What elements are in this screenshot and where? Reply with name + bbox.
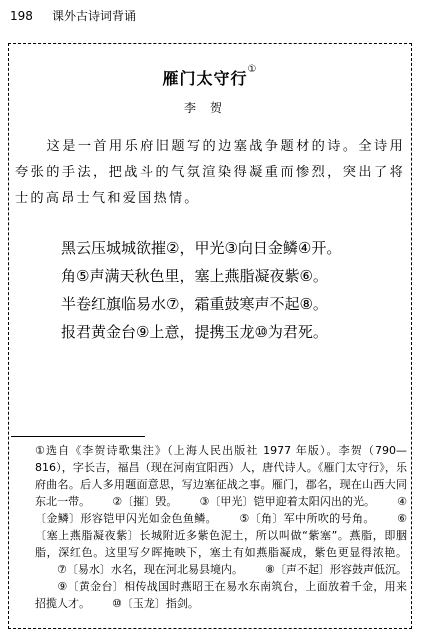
footnote: ②〔摧〕毁。 bbox=[112, 495, 177, 508]
footnote: ⑨〔黄金台〕相传战国时燕昭王在易水东南筑台，上面放着千金，用来招揽人才。 bbox=[35, 580, 407, 610]
poem-line: 黑云压城城欲摧②，甲光③向日金鳞④开。 bbox=[61, 234, 341, 262]
poem-title: 雁门太守行 bbox=[163, 69, 248, 88]
intro-paragraph: 这是一首用乐府旧题写的边塞战争题材的诗。全诗用夸张的手法，把战斗的气氛渲染得凝重… bbox=[15, 134, 405, 212]
poem-line: 半卷红旗临易水⑦，霜重鼓寒声不起⑧。 bbox=[61, 290, 341, 318]
content-frame: 雁门太守行① 李贺 这是一首用乐府旧题写的边塞战争题材的诗。全诗用夸张的手法，把… bbox=[8, 43, 412, 629]
footnotes: ①选自《李贺诗歌集注》（上海人民出版社 1977 年版）。李贺（790—816）… bbox=[35, 442, 407, 612]
poem-title-block: 雁门太守行① bbox=[9, 66, 411, 89]
title-footnote-marker: ① bbox=[248, 64, 258, 75]
page-header: 198 课外古诗词背诵 bbox=[10, 6, 136, 26]
intro-text: 这是一首用乐府旧题写的边塞战争题材的诗。全诗用夸张的手法，把战斗的气氛渲染得凝重… bbox=[15, 134, 405, 212]
poem-body: 黑云压城城欲摧②，甲光③向日金鳞④开。 角⑤声满天秋色里，塞上燕脂凝夜紫⑥。 半… bbox=[61, 234, 341, 346]
page-number: 198 bbox=[10, 6, 38, 26]
book-title: 课外古诗词背诵 bbox=[52, 6, 136, 26]
footnote: ⑤〔角〕军中所吹的号角。 bbox=[239, 512, 375, 525]
footnote-divider bbox=[11, 436, 145, 437]
poem-author: 李贺 bbox=[9, 99, 411, 116]
footnote: ⑧〔声不起〕形容鼓声低沉。 bbox=[265, 563, 407, 576]
poem-line: 报君黄金台⑨上意，提携玉龙⑩为君死。 bbox=[61, 318, 341, 346]
poem-line: 角⑤声满天秋色里，塞上燕脂凝夜紫⑥。 bbox=[61, 262, 341, 290]
footnote: ⑩〔玉龙〕指剑。 bbox=[112, 597, 199, 610]
footnote: ⑦〔易水〕水名，现在河北易县境内。 bbox=[57, 563, 243, 576]
footnote: ③〔甲光〕铠甲迎着太阳闪出的光。 bbox=[199, 495, 375, 508]
